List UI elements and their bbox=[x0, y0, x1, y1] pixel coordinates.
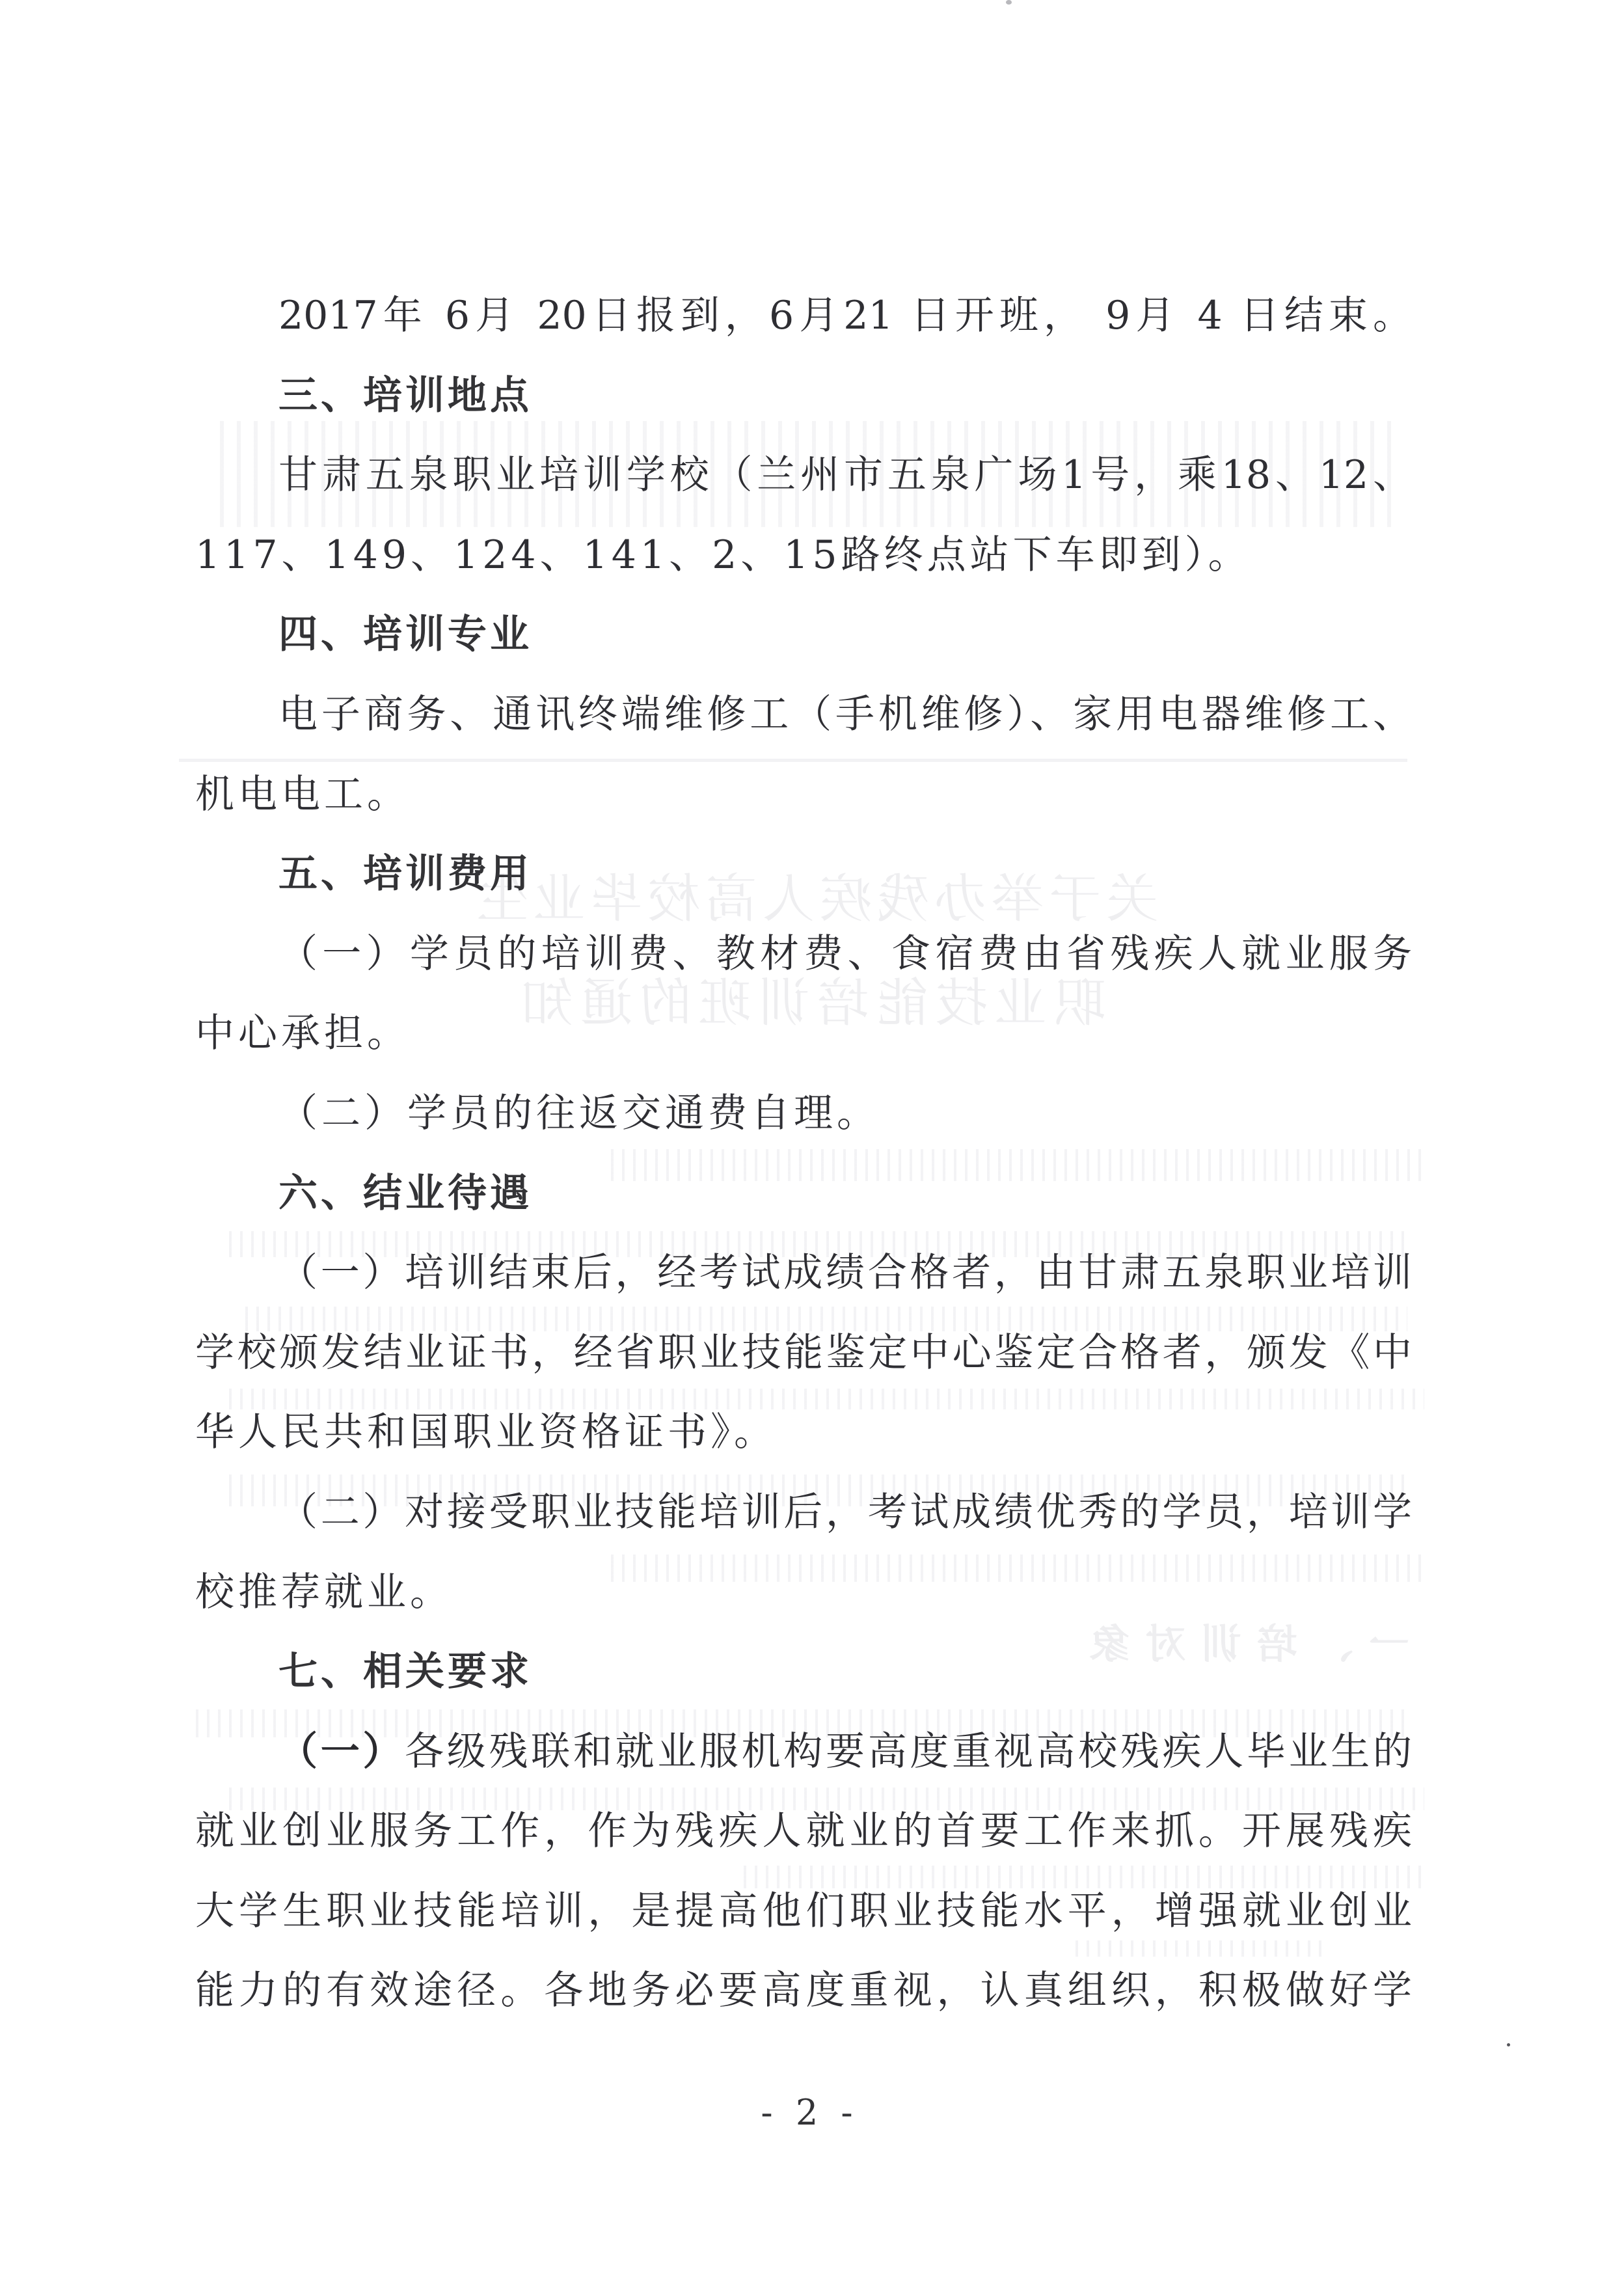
scan-speck bbox=[1507, 2043, 1510, 2046]
section-heading: 七、相关要求 bbox=[195, 1632, 1412, 1712]
text-line: 华人民共和国职业资格证书》。 bbox=[195, 1393, 1412, 1473]
scan-speck bbox=[1006, 0, 1012, 5]
list-marker: （一） bbox=[278, 1729, 405, 1774]
section-heading: 五、培训费用 bbox=[195, 834, 1412, 914]
text-span: 各级残联和就业服机构要高度重视高校残疾人毕业生的 bbox=[405, 1729, 1412, 1774]
text-line: 中心承担。 bbox=[195, 994, 1412, 1074]
text-line: （一）培训结束后，经考试成绩合格者，由甘肃五泉职业培训 bbox=[195, 1233, 1412, 1313]
text-line: 117、149、124、141、2、15路终点站下车即到）。 bbox=[195, 515, 1412, 595]
page-number: - 2 - bbox=[709, 2089, 904, 2137]
scanned-document-page: 关于举办残疾人高校毕业生 职业技能培训班的通知 一、培训对象 2017年 6月 … bbox=[0, 0, 1624, 2269]
section-heading: 四、培训专业 bbox=[195, 595, 1412, 675]
text-line: （二）对接受职业技能培训后，考试成绩优秀的学员，培训学 bbox=[195, 1473, 1412, 1553]
document-body: 2017年 6月 20日报到，6月21 日开班， 9月 4 日结束。 三、培训地… bbox=[195, 276, 1412, 2031]
text-line: 2017年 6月 20日报到，6月21 日开班， 9月 4 日结束。 bbox=[195, 276, 1412, 356]
text-line: 大学生职业技能培训，是提高他们职业技能水平，增强就业创业 bbox=[195, 1871, 1412, 1951]
text-line: 校推荐就业。 bbox=[195, 1553, 1412, 1633]
text-line: （一）各级残联和就业服机构要高度重视高校残疾人毕业生的 bbox=[195, 1712, 1412, 1792]
text-line: 机电电工。 bbox=[195, 755, 1412, 835]
text-line: 能力的有效途径。各地务必要高度重视，认真组织，积极做好学 bbox=[195, 1951, 1412, 2031]
text-line: 甘肃五泉职业培训学校（兰州市五泉广场1号，乘18、12、 bbox=[195, 435, 1412, 515]
text-line: （二）学员的往返交通费自理。 bbox=[195, 1074, 1412, 1154]
text-line: 学校颁发结业证书，经省职业技能鉴定中心鉴定合格者，颁发《中 bbox=[195, 1313, 1412, 1393]
text-line: （一）学员的培训费、教材费、食宿费由省残疾人就业服务 bbox=[195, 914, 1412, 994]
section-heading: 六、结业待遇 bbox=[195, 1154, 1412, 1234]
section-heading: 三、培训地点 bbox=[195, 356, 1412, 436]
text-line: 就业创业服务工作，作为残疾人就业的首要工作来抓。开展残疾 bbox=[195, 1791, 1412, 1871]
text-line: 电子商务、通讯终端维修工（手机维修）、家用电器维修工、 bbox=[195, 675, 1412, 755]
